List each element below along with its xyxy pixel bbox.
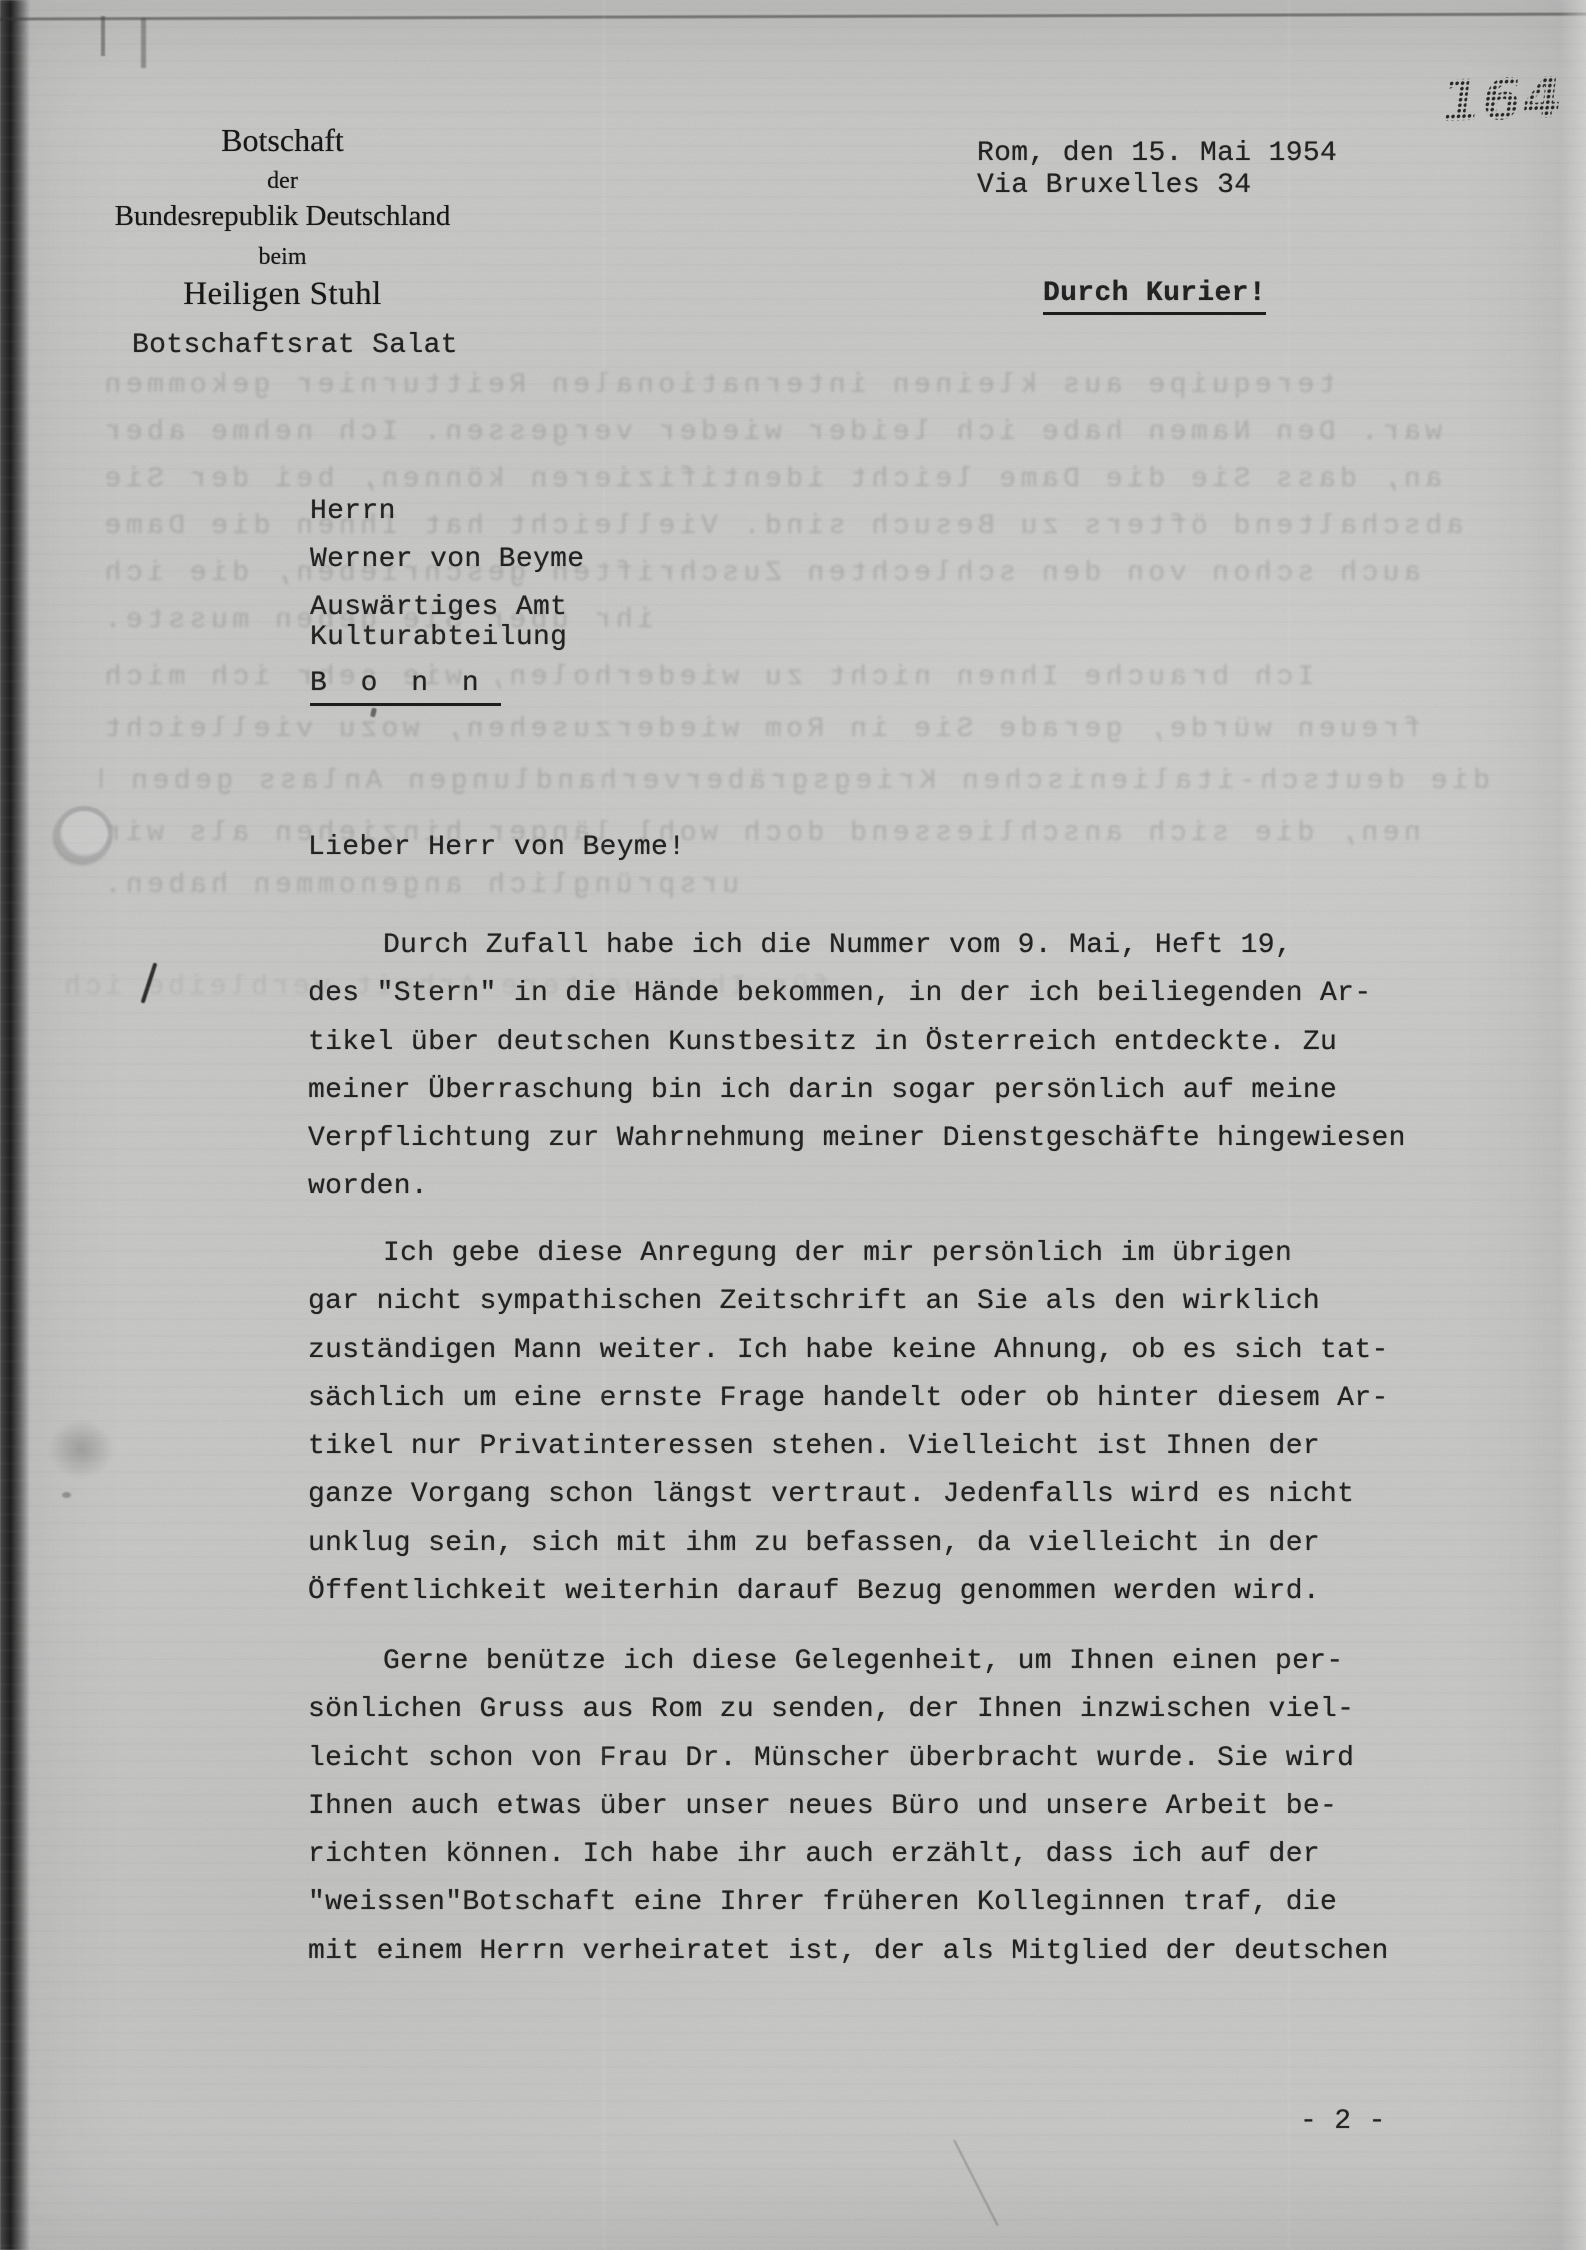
bleedthrough-text-upper-line: war. Den Namen habe ich leider wieder ve… (100, 409, 1490, 456)
body-paragraph-2-line: sächlich um eine ernste Frage handelt od… (308, 1375, 1448, 1423)
bleedthrough-text-middle-line: ursprünglich angenommen haben. (100, 860, 1490, 912)
body-paragraph-2-line: zuständigen Mann weiter. Ich habe keine … (308, 1327, 1448, 1375)
dateline: Rom, den 15. Mai 1954Via Bruxelles 34 (977, 138, 1337, 202)
body-paragraph-1-line: tikel über deutschen Kunstbesitz in Öste… (308, 1019, 1448, 1067)
recipient-line: Kulturabteilung (310, 622, 567, 653)
body-paragraph-2-line: tikel nur Privatinteressen stehen. Viell… (308, 1423, 1448, 1471)
archive-page-stamp: 164 (1437, 66, 1568, 136)
sender-street: Via Bruxelles 34 (977, 170, 1337, 202)
bleedthrough-text-upper-line: an, dass Sie die Dame leicht identifizie… (100, 456, 1490, 503)
edge-mark (101, 16, 105, 56)
ink-smudge (48, 1420, 114, 1478)
letterhead-line: Botschaft (90, 122, 475, 159)
edge-mark (141, 18, 146, 68)
bleedthrough-text-upper-line: auch schon von den schlechten Zuschrifte… (100, 550, 1490, 597)
body-paragraph-1-line: meiner Überraschung bin ich darin sogar … (308, 1067, 1448, 1115)
body-paragraph-2-line: Ich gebe diese Anregung der mir persönli… (308, 1230, 1448, 1278)
bleedthrough-text-middle: Ich brauche Ihnen nicht zu wiederholen, … (100, 652, 1490, 912)
page-number: - 2 - (1300, 2106, 1386, 2137)
scanned-letter-page: terequipe aus kleinen internationalen Re… (0, 0, 1586, 2250)
place-date: Rom, den 15. Mai 1954 (977, 138, 1337, 170)
body-paragraph-1-line: Verpflichtung zur Wahrnehmung meiner Die… (308, 1115, 1448, 1163)
recipient-line: Auswärtiges Amt (310, 592, 567, 623)
sender-name: Botschaftsrat Salat (132, 330, 458, 361)
bleedthrough-text-upper-line: ihr über Sie geben musste. (100, 597, 1490, 644)
body-paragraph-2-line: Öffentlichkeit weiterhin darauf Bezug ge… (308, 1568, 1448, 1616)
paper-fold-line (0, 12, 1586, 20)
paper-crease (1288, 0, 1290, 2250)
scratch-line (953, 2140, 998, 2226)
paper-crease (603, 0, 605, 2250)
delivery-note: Durch Kurier! (1043, 278, 1266, 315)
bleedthrough-text-upper: terequipe aus kleinen internationalen Re… (100, 362, 1490, 644)
body-paragraph-1: Durch Zufall habe ich die Nummer vom 9. … (308, 922, 1448, 1212)
hole-punch-mark (55, 806, 113, 862)
body-paragraph-1-line: worden. (308, 1163, 1448, 1211)
letterhead-line: Bundesrepublik Deutschland (90, 200, 475, 233)
bleedthrough-text-upper-line: terequipe aus kleinen internationalen Re… (100, 362, 1490, 409)
body-paragraph-3-line: Gerne benütze ich diese Gelegenheit, um … (308, 1638, 1448, 1686)
letterhead-line: der (90, 168, 475, 195)
body-paragraph-2-line: unklug sein, sich mit ihm zu befassen, d… (308, 1520, 1448, 1568)
scan-right-edge (1560, 0, 1586, 2250)
body-paragraph-3-line: mit einem Herrn verheiratet ist, der als… (308, 1928, 1448, 1976)
bleedthrough-text-middle-line: die deutsch-italienischen Kriegsgräberve… (100, 756, 1490, 808)
letterhead-line: Heiligen Stuhl (90, 276, 475, 313)
salutation: Lieber Herr von Beyme! (308, 832, 685, 863)
bleedthrough-text-middle-line: freuen würde, gerade Sie in Rom wiederzu… (100, 704, 1490, 756)
body-paragraph-1-line: des "Stern" in die Hände bekommen, in de… (308, 970, 1448, 1018)
letterhead-line: beim (90, 244, 475, 271)
bleedthrough-text-upper-line: abschaltend öfters zu Besuch sind. Viell… (100, 503, 1490, 550)
body-paragraph-1-line: Durch Zufall habe ich die Nummer vom 9. … (308, 922, 1448, 970)
body-paragraph-3-line: leicht schon von Frau Dr. Münscher überb… (308, 1735, 1448, 1783)
body-paragraph-3-line: sönlichen Gruss aus Rom zu senden, der I… (308, 1686, 1448, 1734)
body-paragraph-3-line: richten können. Ich habe ihr auch erzähl… (308, 1831, 1448, 1879)
body-paragraph-2-line: gar nicht sympathischen Zeitschrift an S… (308, 1278, 1448, 1326)
body-paragraph-2: Ich gebe diese Anregung der mir persönli… (308, 1230, 1448, 1616)
recipient-city: B o n n (310, 668, 501, 706)
body-paragraph-2-line: ganze Vorgang schon längst vertraut. Jed… (308, 1471, 1448, 1519)
scan-left-edge (0, 0, 30, 2250)
body-paragraph-3-line: Ihnen auch etwas über unser neues Büro u… (308, 1783, 1448, 1831)
bleedthrough-text-middle-line: Ich brauche Ihnen nicht zu wiederholen, … (100, 652, 1490, 704)
recipient-line: Herrn (310, 496, 396, 527)
body-paragraph-3-line: "weissen"Botschaft eine Ihrer früheren K… (308, 1879, 1448, 1927)
recipient-line: Werner von Beyme (310, 544, 584, 575)
body-paragraph-3: Gerne benütze ich diese Gelegenheit, um … (308, 1638, 1448, 1976)
ink-speck (62, 1492, 71, 1498)
